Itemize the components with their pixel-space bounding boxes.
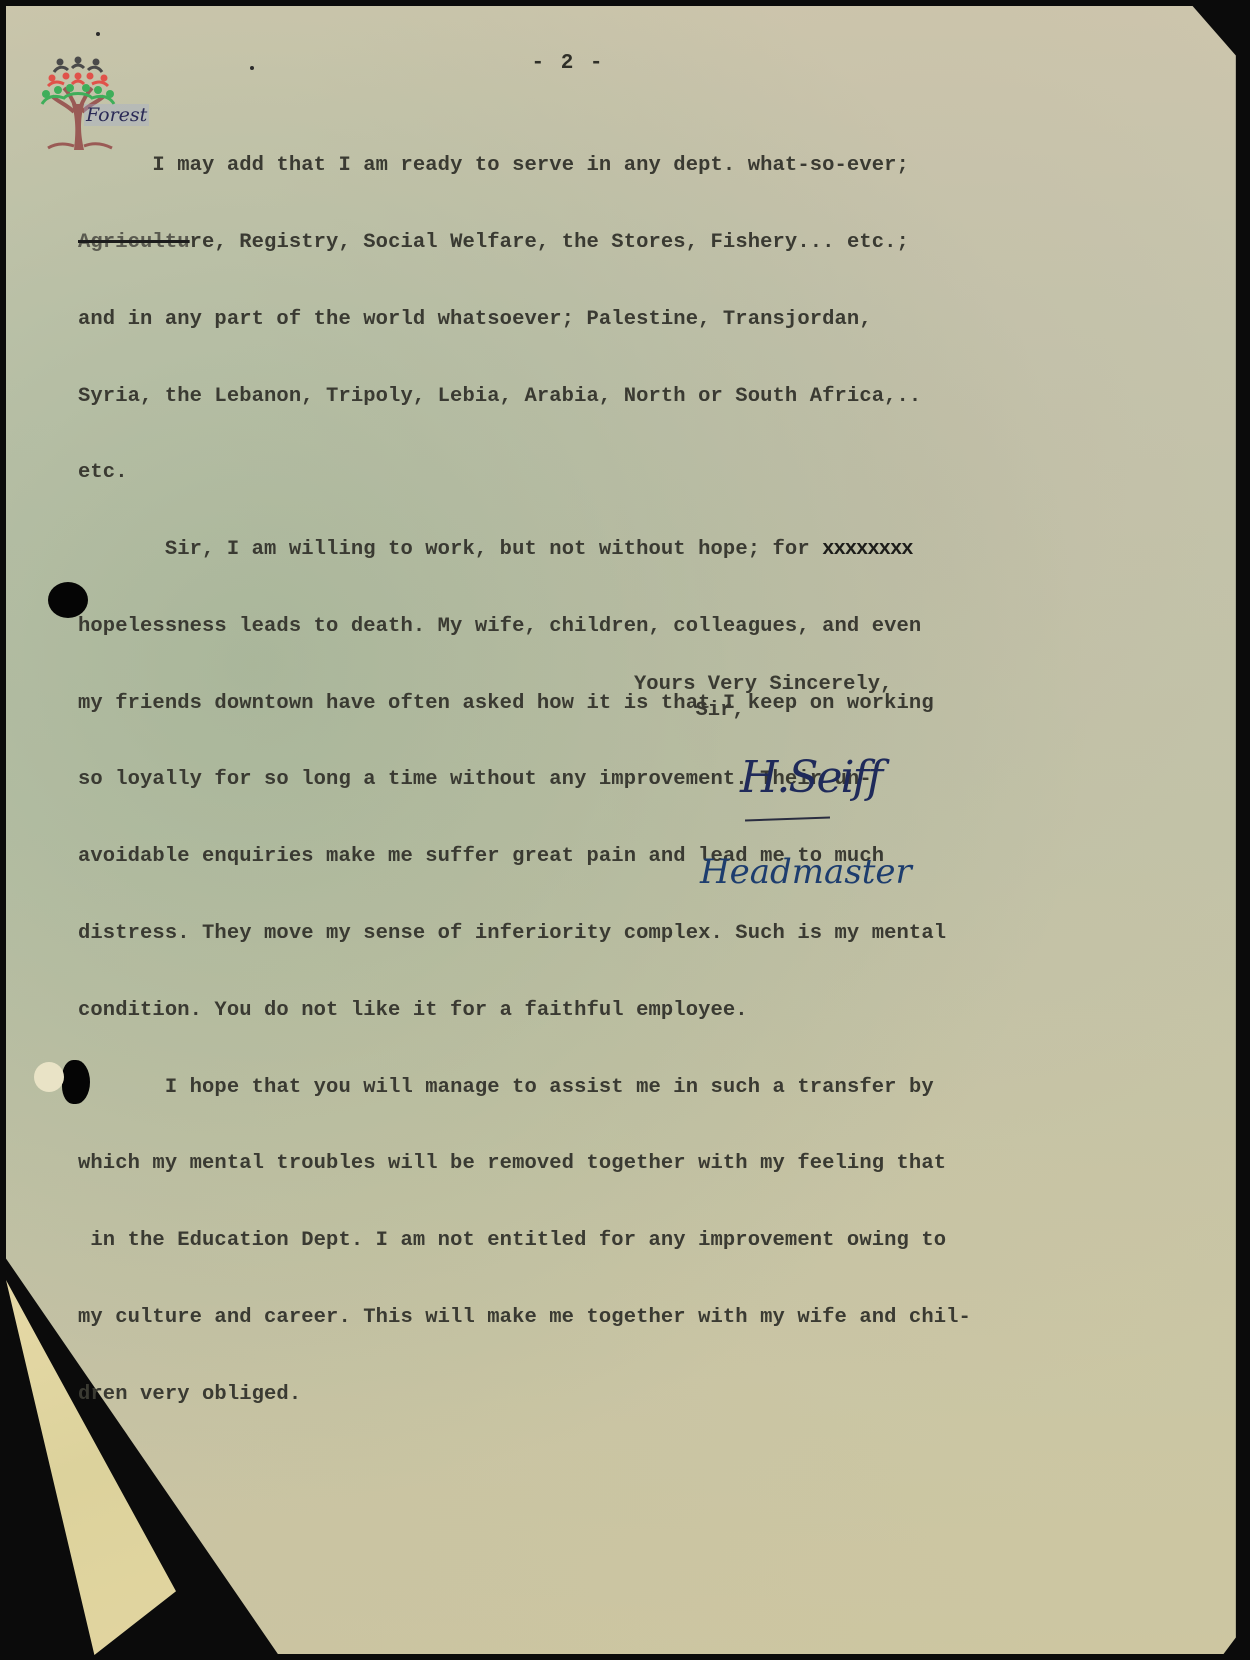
body-line-4: Syria, the Lebanon, Tripoly, Lebia, Arab… [78, 384, 1158, 410]
signature: H.Seiff [740, 752, 881, 803]
page-number: - 2 - [0, 52, 1136, 75]
body-line-2: Agriculture, Registry, Social Welfare, t… [78, 230, 1158, 256]
punch-hole-bottom [62, 1060, 90, 1104]
closing-line-1: Yours Very Sincerely, [634, 673, 892, 696]
closing: Yours Very Sincerely, Sir, [634, 672, 892, 723]
torn-spot [34, 1062, 64, 1092]
body-line-11: distress. They move my sense of inferior… [78, 921, 1158, 947]
closing-line-2: Sir, [634, 699, 745, 722]
body-line-8: my friends downtown have often asked how… [78, 691, 1158, 717]
xed-out-word: xxxxxxxx [822, 538, 912, 561]
signatory-title: Headmaster [700, 852, 912, 892]
body-line-12: condition. You do not like it for a fait… [78, 998, 1158, 1024]
body-line-1: I may add that I am ready to serve in an… [78, 153, 1158, 179]
body-line-10: avoidable enquiries make me suffer great… [78, 844, 1158, 870]
body-line-7: hopelessness leads to death. My wife, ch… [78, 614, 1158, 640]
ink-speck [96, 32, 100, 36]
body-line-3: and in any part of the world whatsoever;… [78, 307, 1158, 333]
body-line-17: dren very obliged. [78, 1382, 1158, 1408]
body-line-6: Sir, I am willing to work, but not witho… [78, 537, 1158, 563]
punch-hole-top [48, 582, 88, 618]
struck-word: Agricultu [78, 231, 190, 254]
body-line-15: in the Education Dept. I am not entitled… [78, 1228, 1158, 1254]
body-line-9: so loyally for so long a time without an… [78, 767, 1158, 793]
body-line-5: etc. [78, 460, 1158, 486]
handwritten-insert: Forest [84, 104, 149, 126]
body-line-13: I hope that you will manage to assist me… [78, 1075, 1158, 1101]
letter-body: I may add that I am ready to serve in an… [78, 102, 1158, 1433]
body-line-14: which my mental troubles will be removed… [78, 1151, 1158, 1177]
body-line-16: my culture and career. This will make me… [78, 1305, 1158, 1331]
